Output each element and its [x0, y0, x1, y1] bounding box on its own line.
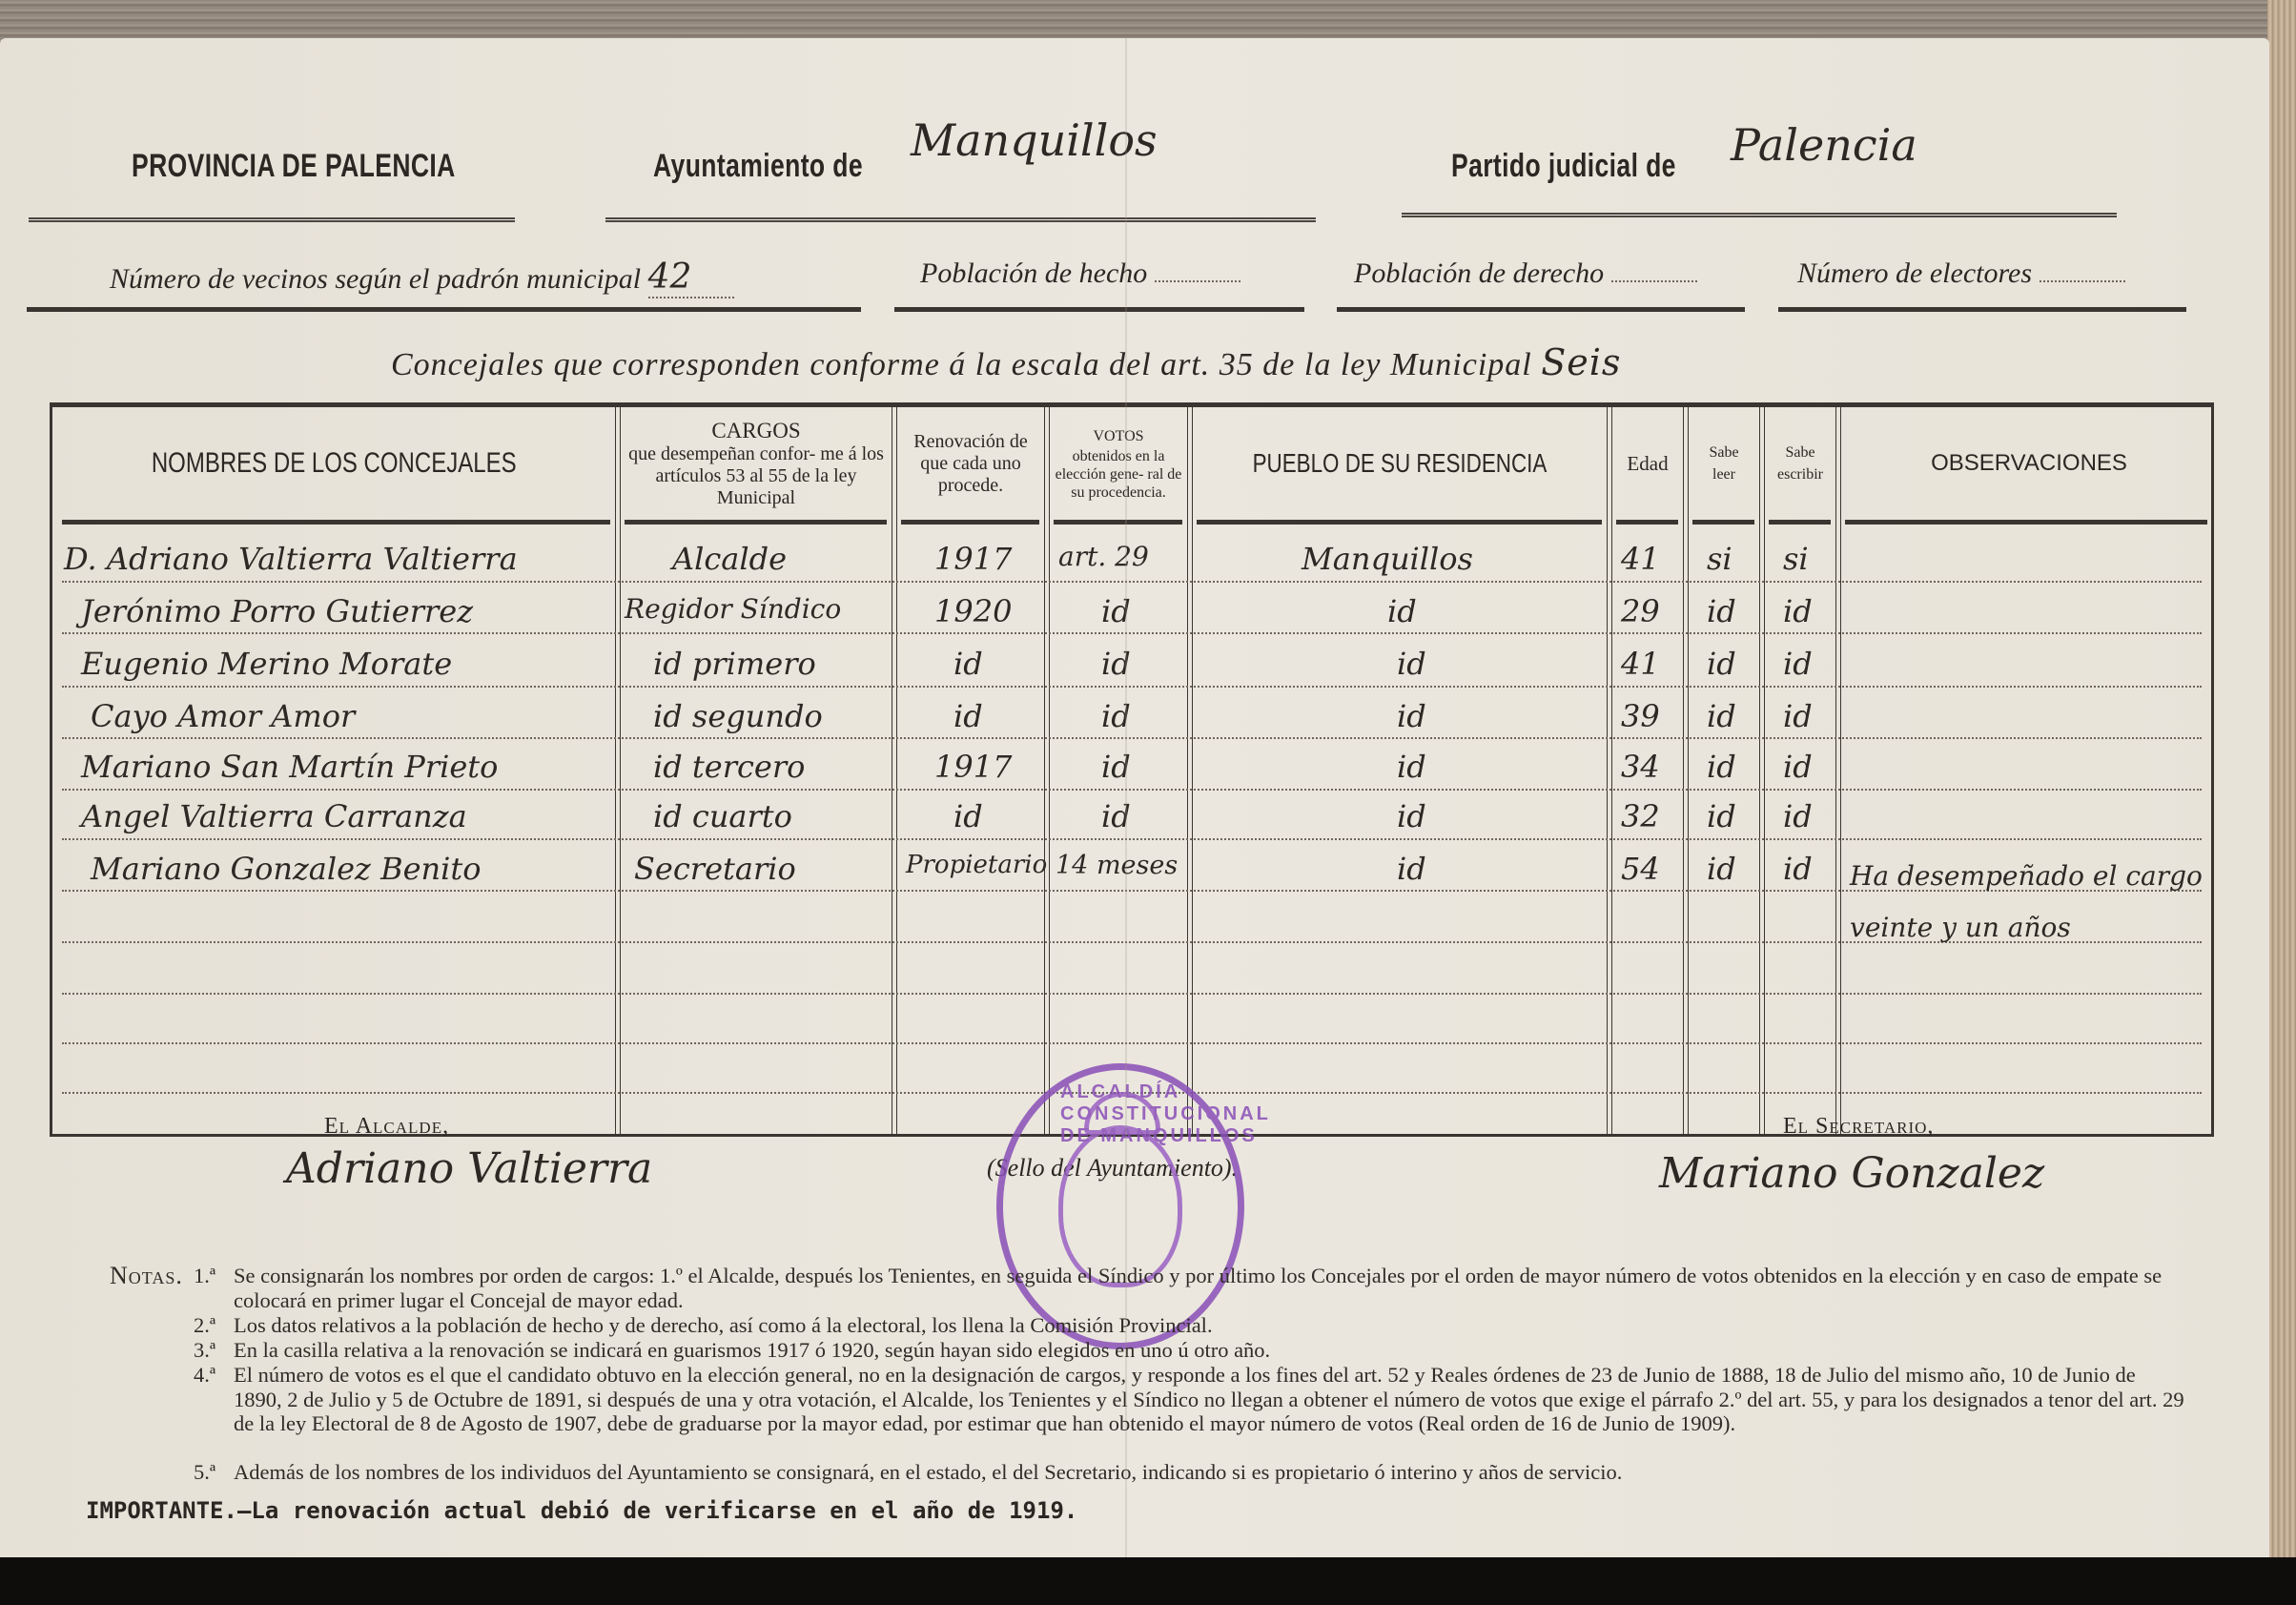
ayuntamiento-label: Ayuntamiento de [653, 148, 863, 185]
cell-nombre: Jerónimo Porro Gutierrez [81, 593, 473, 629]
cell-nombre: D. Adriano Valtierra Valtierra [64, 541, 518, 577]
cell-renovacion: id [953, 646, 983, 682]
poblacion-derecho-label: Población de derecho [1354, 257, 1604, 289]
book-side-edge [2267, 0, 2296, 1605]
concejales-table: NOMBRES DE LOS CONCEJALES CARGOS que des… [50, 402, 2214, 1137]
cell-escribir: id [1783, 749, 1813, 785]
cell-pueblo: id [1397, 698, 1426, 734]
cell-leer: id [1707, 798, 1736, 834]
cell-renovacion: 1917 [934, 749, 1012, 785]
notes-label: Notas. [110, 1264, 183, 1288]
vecinos-label: Número de vecinos según el padrón munici… [110, 263, 641, 295]
note-item: 3.ª En la casilla relativa a la renovaci… [234, 1338, 2188, 1363]
cell-cargo: Regidor Síndico [625, 593, 841, 625]
document-page: PROVINCIA DE PALENCIA Ayuntamiento de Ma… [0, 38, 2269, 1574]
cell-edad: 54 [1621, 851, 1660, 887]
cell-renovacion: Propietario [906, 851, 1047, 879]
cell-cargo: id primero [653, 646, 816, 682]
cell-pueblo: id [1387, 593, 1417, 629]
cell-escribir: si [1783, 541, 1809, 577]
cell-edad: 29 [1621, 593, 1660, 629]
cell-observaciones: Ha desempeñado el cargo veinte y un años [1850, 851, 2203, 954]
vecinos-field: Número de vecinos según el padrón munici… [110, 257, 734, 298]
column-header-sabe-escribir: Sabe escribir [1765, 407, 1835, 520]
concejales-value: Seis [1541, 341, 1621, 383]
cell-cargo: Secretario [634, 851, 796, 887]
note-item: 4.ª El número de votos es el que el cand… [234, 1363, 2188, 1436]
cell-cargo: id cuarto [653, 798, 792, 834]
cell-leer: id [1707, 698, 1736, 734]
column-header-pueblo: PUEBLO DE SU RESIDENCIA [1193, 407, 1607, 520]
electores-field: Número de electores [1797, 257, 2125, 290]
cell-cargo: id segundo [653, 698, 823, 734]
cell-votos: id [1101, 698, 1131, 734]
poblacion-hecho-field: Población de hecho [920, 257, 1240, 290]
divider [1778, 307, 2186, 312]
secretario-label: El Secretario, [1783, 1114, 1934, 1140]
cell-edad: 41 [1621, 541, 1660, 577]
cell-pueblo: id [1397, 749, 1426, 785]
cell-votos: 14 meses [1056, 851, 1178, 880]
partido-value: Palencia [1731, 119, 1917, 171]
ayuntamiento-value: Manquillos [911, 114, 1158, 166]
cell-nombre: Angel Valtierra Carranza [81, 798, 467, 834]
note-item: 5.ª Además de los nombres de los individ… [234, 1460, 2188, 1485]
partido-label: Partido judicial de [1451, 148, 1676, 185]
cell-leer: id [1707, 749, 1736, 785]
cell-pueblo: id [1397, 646, 1426, 682]
cell-nombre: Cayo Amor Amor [91, 698, 355, 734]
background-shadow [0, 1557, 2296, 1605]
cell-votos: id [1101, 593, 1131, 629]
column-header-votos: VOTOS obtenidos en la elección gene- ral… [1050, 407, 1187, 520]
concejales-label: Concejales que corresponden conforme á l… [391, 347, 1532, 382]
cell-cargo: id tercero [653, 749, 805, 785]
cell-renovacion: 1920 [934, 593, 1012, 629]
divider [29, 217, 515, 222]
cell-escribir: id [1783, 851, 1813, 887]
poblacion-hecho-label: Población de hecho [920, 257, 1147, 289]
cell-renovacion: 1917 [934, 541, 1012, 577]
divider [894, 307, 1304, 312]
concejales-line: Concejales que corresponden conforme á l… [391, 341, 1621, 383]
divider [605, 217, 1316, 222]
divider [1337, 307, 1745, 312]
cell-votos: id [1101, 798, 1131, 834]
cell-leer: id [1707, 646, 1736, 682]
electores-label: Número de electores [1797, 257, 2032, 289]
cell-leer: si [1707, 541, 1732, 577]
provincia-heading: PROVINCIA DE PALENCIA [132, 148, 456, 185]
cell-edad: 34 [1621, 749, 1660, 785]
alcalde-label: El Alcalde, [324, 1114, 449, 1140]
cell-pueblo: id [1397, 851, 1426, 887]
cell-renovacion: id [953, 698, 983, 734]
cell-edad: 32 [1621, 798, 1660, 834]
note-item: 2.ª Los datos relativos a la población d… [234, 1313, 2188, 1338]
cell-nombre: Mariano San Martín Prieto [81, 749, 498, 785]
important-notice: IMPORTANTE.—La renovación actual debió d… [86, 1497, 1077, 1524]
cell-edad: 39 [1621, 698, 1660, 734]
cell-pueblo: id [1397, 798, 1426, 834]
alcalde-signature: Adriano Valtierra [286, 1144, 652, 1193]
column-header-edad: Edad [1612, 407, 1683, 520]
cell-pueblo: Manquillos [1302, 541, 1473, 577]
cell-nombre: Mariano Gonzalez Benito [91, 851, 482, 887]
cell-cargo: Alcalde [672, 541, 787, 577]
cell-votos: art. 29 [1058, 541, 1149, 572]
column-header-nombres: NOMBRES DE LOS CONCEJALES [52, 407, 615, 520]
cell-renovacion: id [953, 798, 983, 834]
cell-votos: id [1101, 646, 1131, 682]
column-header-renovacion: Renovación de que cada uno procede. [897, 407, 1044, 520]
cell-escribir: id [1783, 798, 1813, 834]
cell-escribir: id [1783, 593, 1813, 629]
cell-leer: id [1707, 593, 1736, 629]
cell-escribir: id [1783, 646, 1813, 682]
cell-edad: 41 [1621, 646, 1660, 682]
cell-escribir: id [1783, 698, 1813, 734]
poblacion-derecho-field: Población de derecho [1354, 257, 1697, 290]
stamp-text: ALCALDÍA CONSTITUCIONAL DE MANQUILLOS [1060, 1081, 1271, 1147]
column-header-observaciones: OBSERVACIONES [1841, 407, 2217, 520]
column-header-sabe-leer: Sabe leer [1689, 407, 1759, 520]
vecinos-value: 42 [648, 257, 734, 298]
column-header-cargos: CARGOS que desempeñan confor- me á los a… [621, 407, 892, 520]
divider [1402, 213, 2117, 217]
cell-leer: id [1707, 851, 1736, 887]
cell-nombre: Eugenio Merino Morate [81, 646, 452, 682]
note-item: 1.ª Se consignarán los nombres por orden… [234, 1264, 2188, 1312]
divider [27, 307, 861, 312]
secretario-signature: Mariano Gonzalez [1659, 1149, 2044, 1198]
cell-votos: id [1101, 749, 1131, 785]
